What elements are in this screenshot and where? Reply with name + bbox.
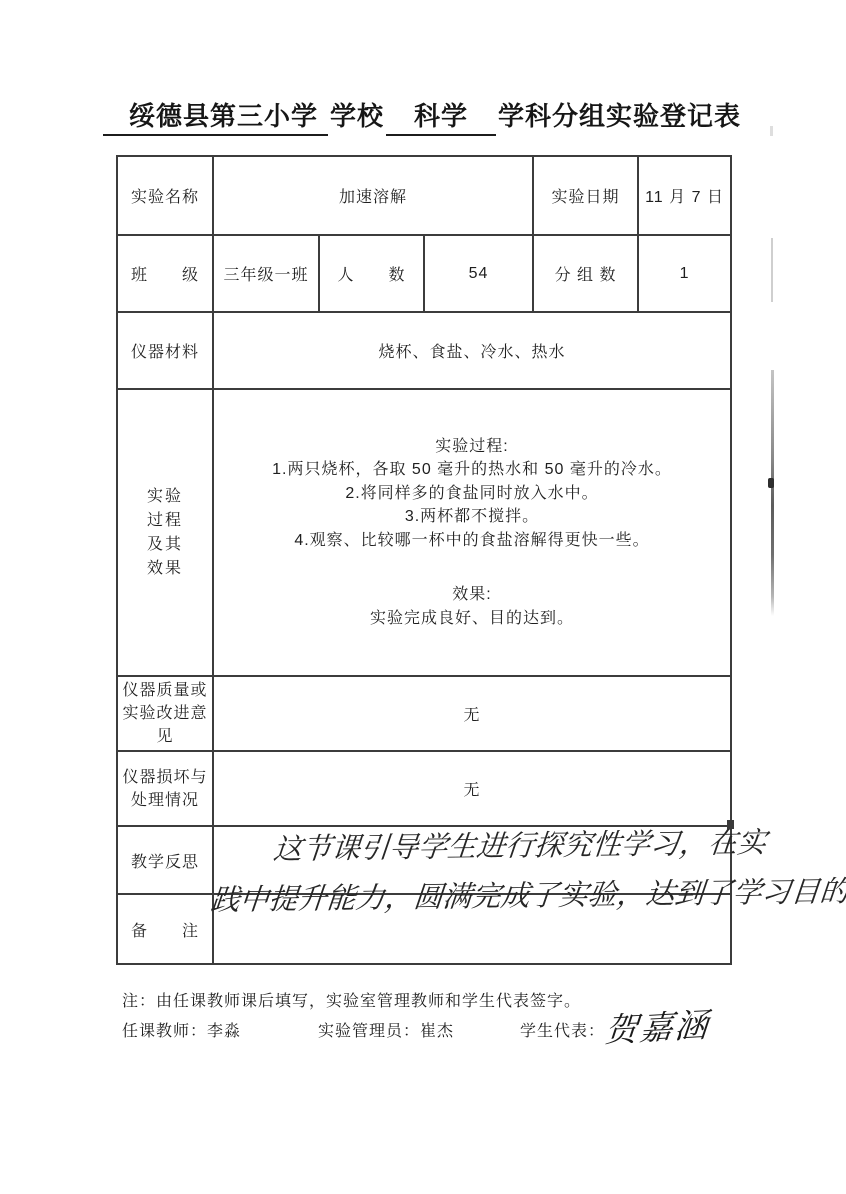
scan-artifact-line-lower: [771, 370, 774, 616]
class-label: 班 级: [117, 235, 213, 312]
teaching-reflection-cell: [213, 826, 731, 894]
process-effect-label: 实验 过程 及其 效果: [117, 389, 213, 676]
form-title: 绥德县第三小学学校科学学科分组实验登记表: [0, 96, 846, 133]
process-step-1: 1.两只烧杯，各取 50 毫升的热水和 50 毫升的冷水。: [214, 458, 730, 482]
teacher-name: 任课教师：李淼: [122, 1018, 241, 1041]
footer-note: 注：由任课教师课后填写，实验室管理教师和学生代表签字。: [122, 988, 581, 1011]
row-materials: 仪器材料 烧杯、食盐、冷水、热水: [117, 312, 731, 389]
materials-label: 仪器材料: [117, 312, 213, 389]
effect-text: 实验完成良好、目的达到。: [214, 607, 730, 631]
spacer: [214, 552, 730, 583]
class-value: 三年级一班: [213, 235, 319, 312]
scan-artifact-blob: [768, 478, 774, 488]
damage-handling-label: 仪器损坏与处理情况: [117, 751, 213, 826]
row-remarks: 备 注: [117, 894, 731, 964]
school-name-underlined: 绥德县第三小学: [103, 101, 328, 136]
row-process-effect: 实验 过程 及其 效果 实验过程: 1.两只烧杯，各取 50 毫升的热水和 50…: [117, 389, 731, 676]
experiment-name-label: 实验名称: [117, 156, 213, 235]
group-count-label: 分 组 数: [533, 235, 638, 312]
materials-value: 烧杯、食盐、冷水、热水: [213, 312, 731, 389]
row-quality-suggestion: 仪器质量或实验改进意见 无: [117, 676, 731, 751]
damage-handling-value: 无: [213, 751, 731, 826]
remarks-value: [213, 894, 731, 964]
process-effect-content: 实验过程: 1.两只烧杯，各取 50 毫升的热水和 50 毫升的冷水。 2.将同…: [213, 389, 731, 676]
form-name: 学科分组实验登记表: [496, 101, 743, 131]
experiment-date-value: 11 月 7 日: [638, 156, 731, 235]
student-count-value: 54: [424, 235, 533, 312]
group-count-value: 1: [638, 235, 731, 312]
process-title: 实验过程:: [214, 435, 730, 459]
experiment-registration-table: 实验名称 加速溶解 实验日期 11 月 7 日 班 级 三年级一班 人 数 54…: [116, 155, 732, 965]
student-representative-signature: 贺嘉涵: [603, 999, 712, 1052]
row-teaching-reflection: 教学反思: [117, 826, 731, 894]
experiment-date-label: 实验日期: [533, 156, 638, 235]
scanned-form-page: 绥德县第三小学学校科学学科分组实验登记表 实验名称 加速溶解 实验日期 11 月…: [0, 0, 846, 1194]
student-representative-label: 学生代表：: [520, 1018, 605, 1041]
quality-suggestion-value: 无: [213, 676, 731, 751]
student-count-label: 人 数: [319, 235, 424, 312]
row-class-info: 班 级 三年级一班 人 数 54 分 组 数 1: [117, 235, 731, 312]
process-step-4: 4.观察、比较哪一杯中的食盐溶解得更快一些。: [214, 529, 730, 553]
lab-manager-name: 实验管理员：崔杰: [318, 1018, 454, 1041]
scan-artifact-line-upper: [771, 238, 773, 302]
row-experiment-name: 实验名称 加速溶解 实验日期 11 月 7 日: [117, 156, 731, 235]
process-step-2: 2.将同样多的食盐同时放入水中。: [214, 482, 730, 506]
subject-underlined: 科学: [386, 101, 496, 136]
experiment-name-value: 加速溶解: [213, 156, 533, 235]
process-step-3: 3.两杯都不搅拌。: [214, 505, 730, 529]
effect-title: 效果:: [214, 583, 730, 607]
school-suffix: 学校: [328, 101, 386, 131]
teaching-reflection-label: 教学反思: [117, 826, 213, 894]
quality-suggestion-label: 仪器质量或实验改进意见: [117, 676, 213, 751]
row-damage-handling: 仪器损坏与处理情况 无: [117, 751, 731, 826]
remarks-label: 备 注: [117, 894, 213, 964]
